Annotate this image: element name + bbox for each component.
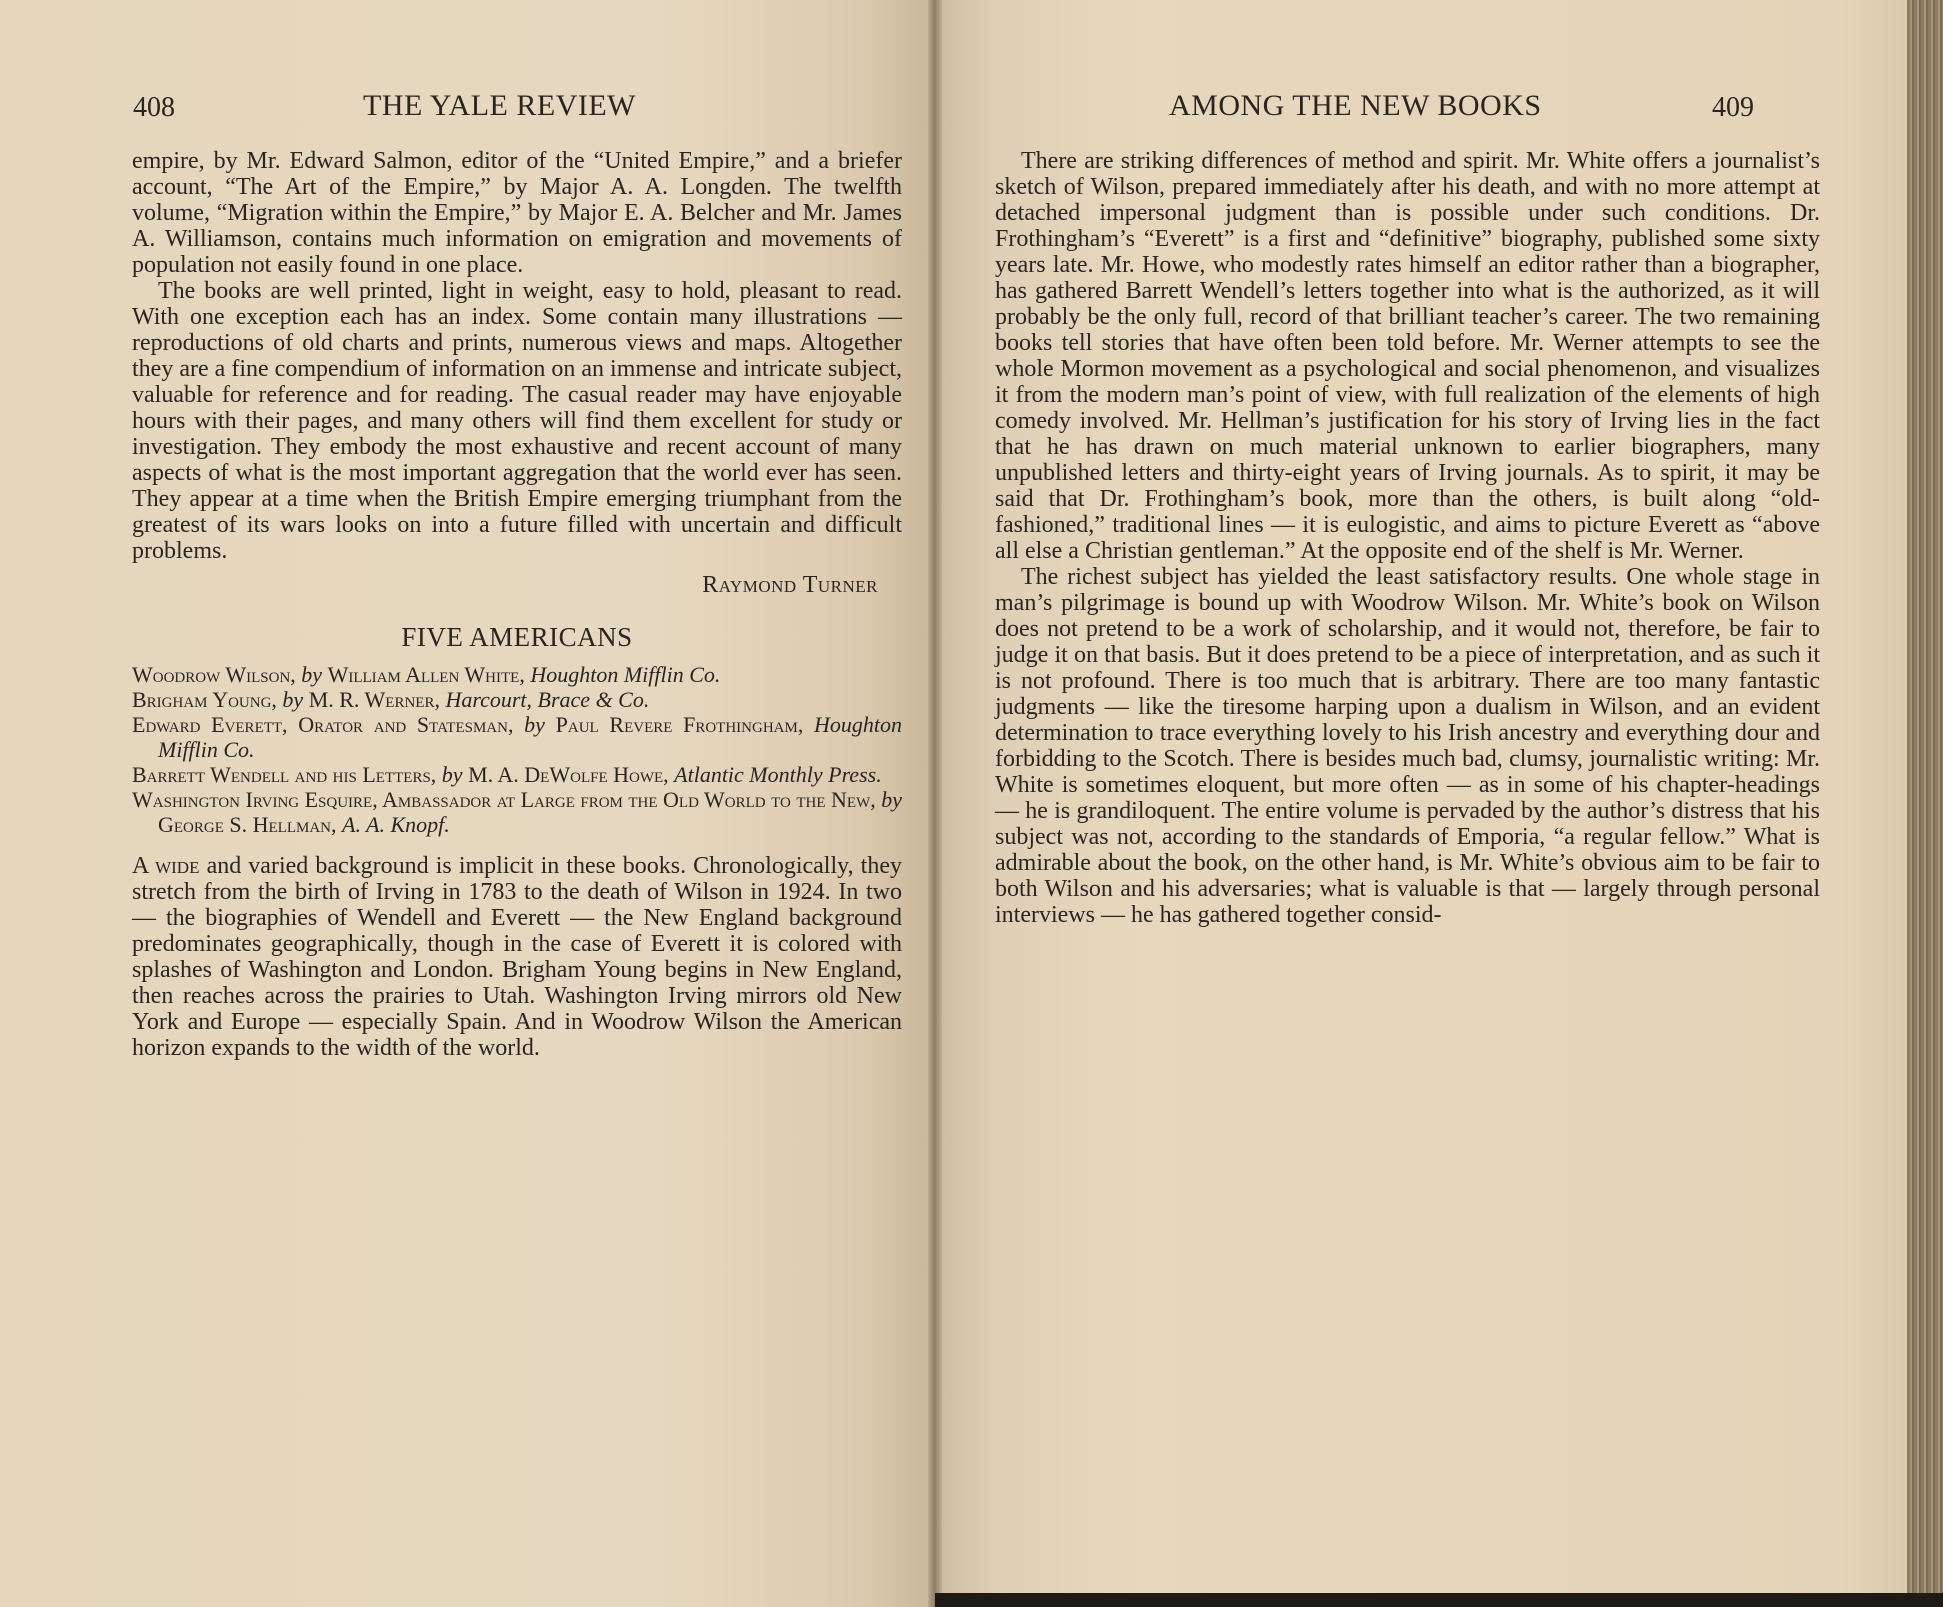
book-publisher: A. A. Knopf. <box>342 812 450 837</box>
book-entry: Brigham Young, by M. R. Werner, Harcourt… <box>132 687 902 712</box>
book-by: by <box>301 662 322 687</box>
right-text-block: There are striking differences of method… <box>995 148 1820 928</box>
book-entry: Barrett Wendell and his Letters, by M. A… <box>132 762 902 787</box>
running-head-right: AMONG THE NEW BOOKS <box>1169 88 1542 124</box>
bottom-shadow <box>935 1593 1943 1607</box>
book-author: M. R. Werner, <box>309 687 440 712</box>
book-author: Paul Revere Frothingham, <box>556 712 804 737</box>
paragraph: The books are well printed, light in wei… <box>132 278 902 564</box>
paragraph: empire, by Mr. Edward Salmon, editor of … <box>132 148 902 278</box>
left-page: 408 THE YALE REVIEW empire, by Mr. Edwar… <box>0 0 935 1607</box>
book-by: by <box>442 762 463 787</box>
page-number-right: 409 <box>1712 90 1754 126</box>
book-publisher: Houghton Mifflin Co. <box>530 662 720 687</box>
book-list: Woodrow Wilson, by William Allen White, … <box>132 662 902 837</box>
review-paragraph: A wide and varied background is implicit… <box>132 853 902 1061</box>
book-gutter <box>928 0 942 1607</box>
book-entry: Washington Irving Esquire, Ambassador at… <box>132 787 902 837</box>
book-title: Woodrow Wilson, <box>132 662 296 687</box>
left-text-block: empire, by Mr. Edward Salmon, editor of … <box>132 148 902 1061</box>
book-author: George S. Hellman, <box>158 812 337 837</box>
book-publisher: Atlantic Monthly Press. <box>674 762 882 787</box>
book-entry: Woodrow Wilson, by William Allen White, … <box>132 662 902 687</box>
book-author: M. A. DeWolfe Howe, <box>468 762 669 787</box>
book-title: Brigham Young, <box>132 687 277 712</box>
book-publisher: Harcourt, Brace & Co. <box>445 687 649 712</box>
page-edges <box>1907 0 1943 1607</box>
book-by: by <box>881 787 902 812</box>
book-title: Washington Irving Esquire, Ambassador at… <box>132 787 876 812</box>
book-by: by <box>524 712 545 737</box>
paragraph: The richest subject has yielded the leas… <box>995 564 1820 928</box>
page-number-left: 408 <box>133 90 175 126</box>
running-head-left: THE YALE REVIEW <box>363 88 636 124</box>
book-spread: 408 THE YALE REVIEW empire, by Mr. Edwar… <box>0 0 1943 1607</box>
section-title: FIVE AMERICANS <box>132 624 902 650</box>
reviewer-signature: Raymond Turner <box>132 572 878 598</box>
review-lead-smallcaps: A wide <box>132 853 199 879</box>
book-title: Edward Everett, Orator and Statesman, <box>132 712 513 737</box>
review-body: and varied background is implicit in the… <box>132 853 902 1061</box>
paragraph: There are striking differences of method… <box>995 148 1820 564</box>
book-title: Barrett Wendell and his Letters, <box>132 762 436 787</box>
right-page: AMONG THE NEW BOOKS 409 There are striki… <box>935 0 1943 1607</box>
book-entry: Edward Everett, Orator and Statesman, by… <box>132 712 902 762</box>
book-author: William Allen White, <box>328 662 525 687</box>
book-by: by <box>282 687 303 712</box>
